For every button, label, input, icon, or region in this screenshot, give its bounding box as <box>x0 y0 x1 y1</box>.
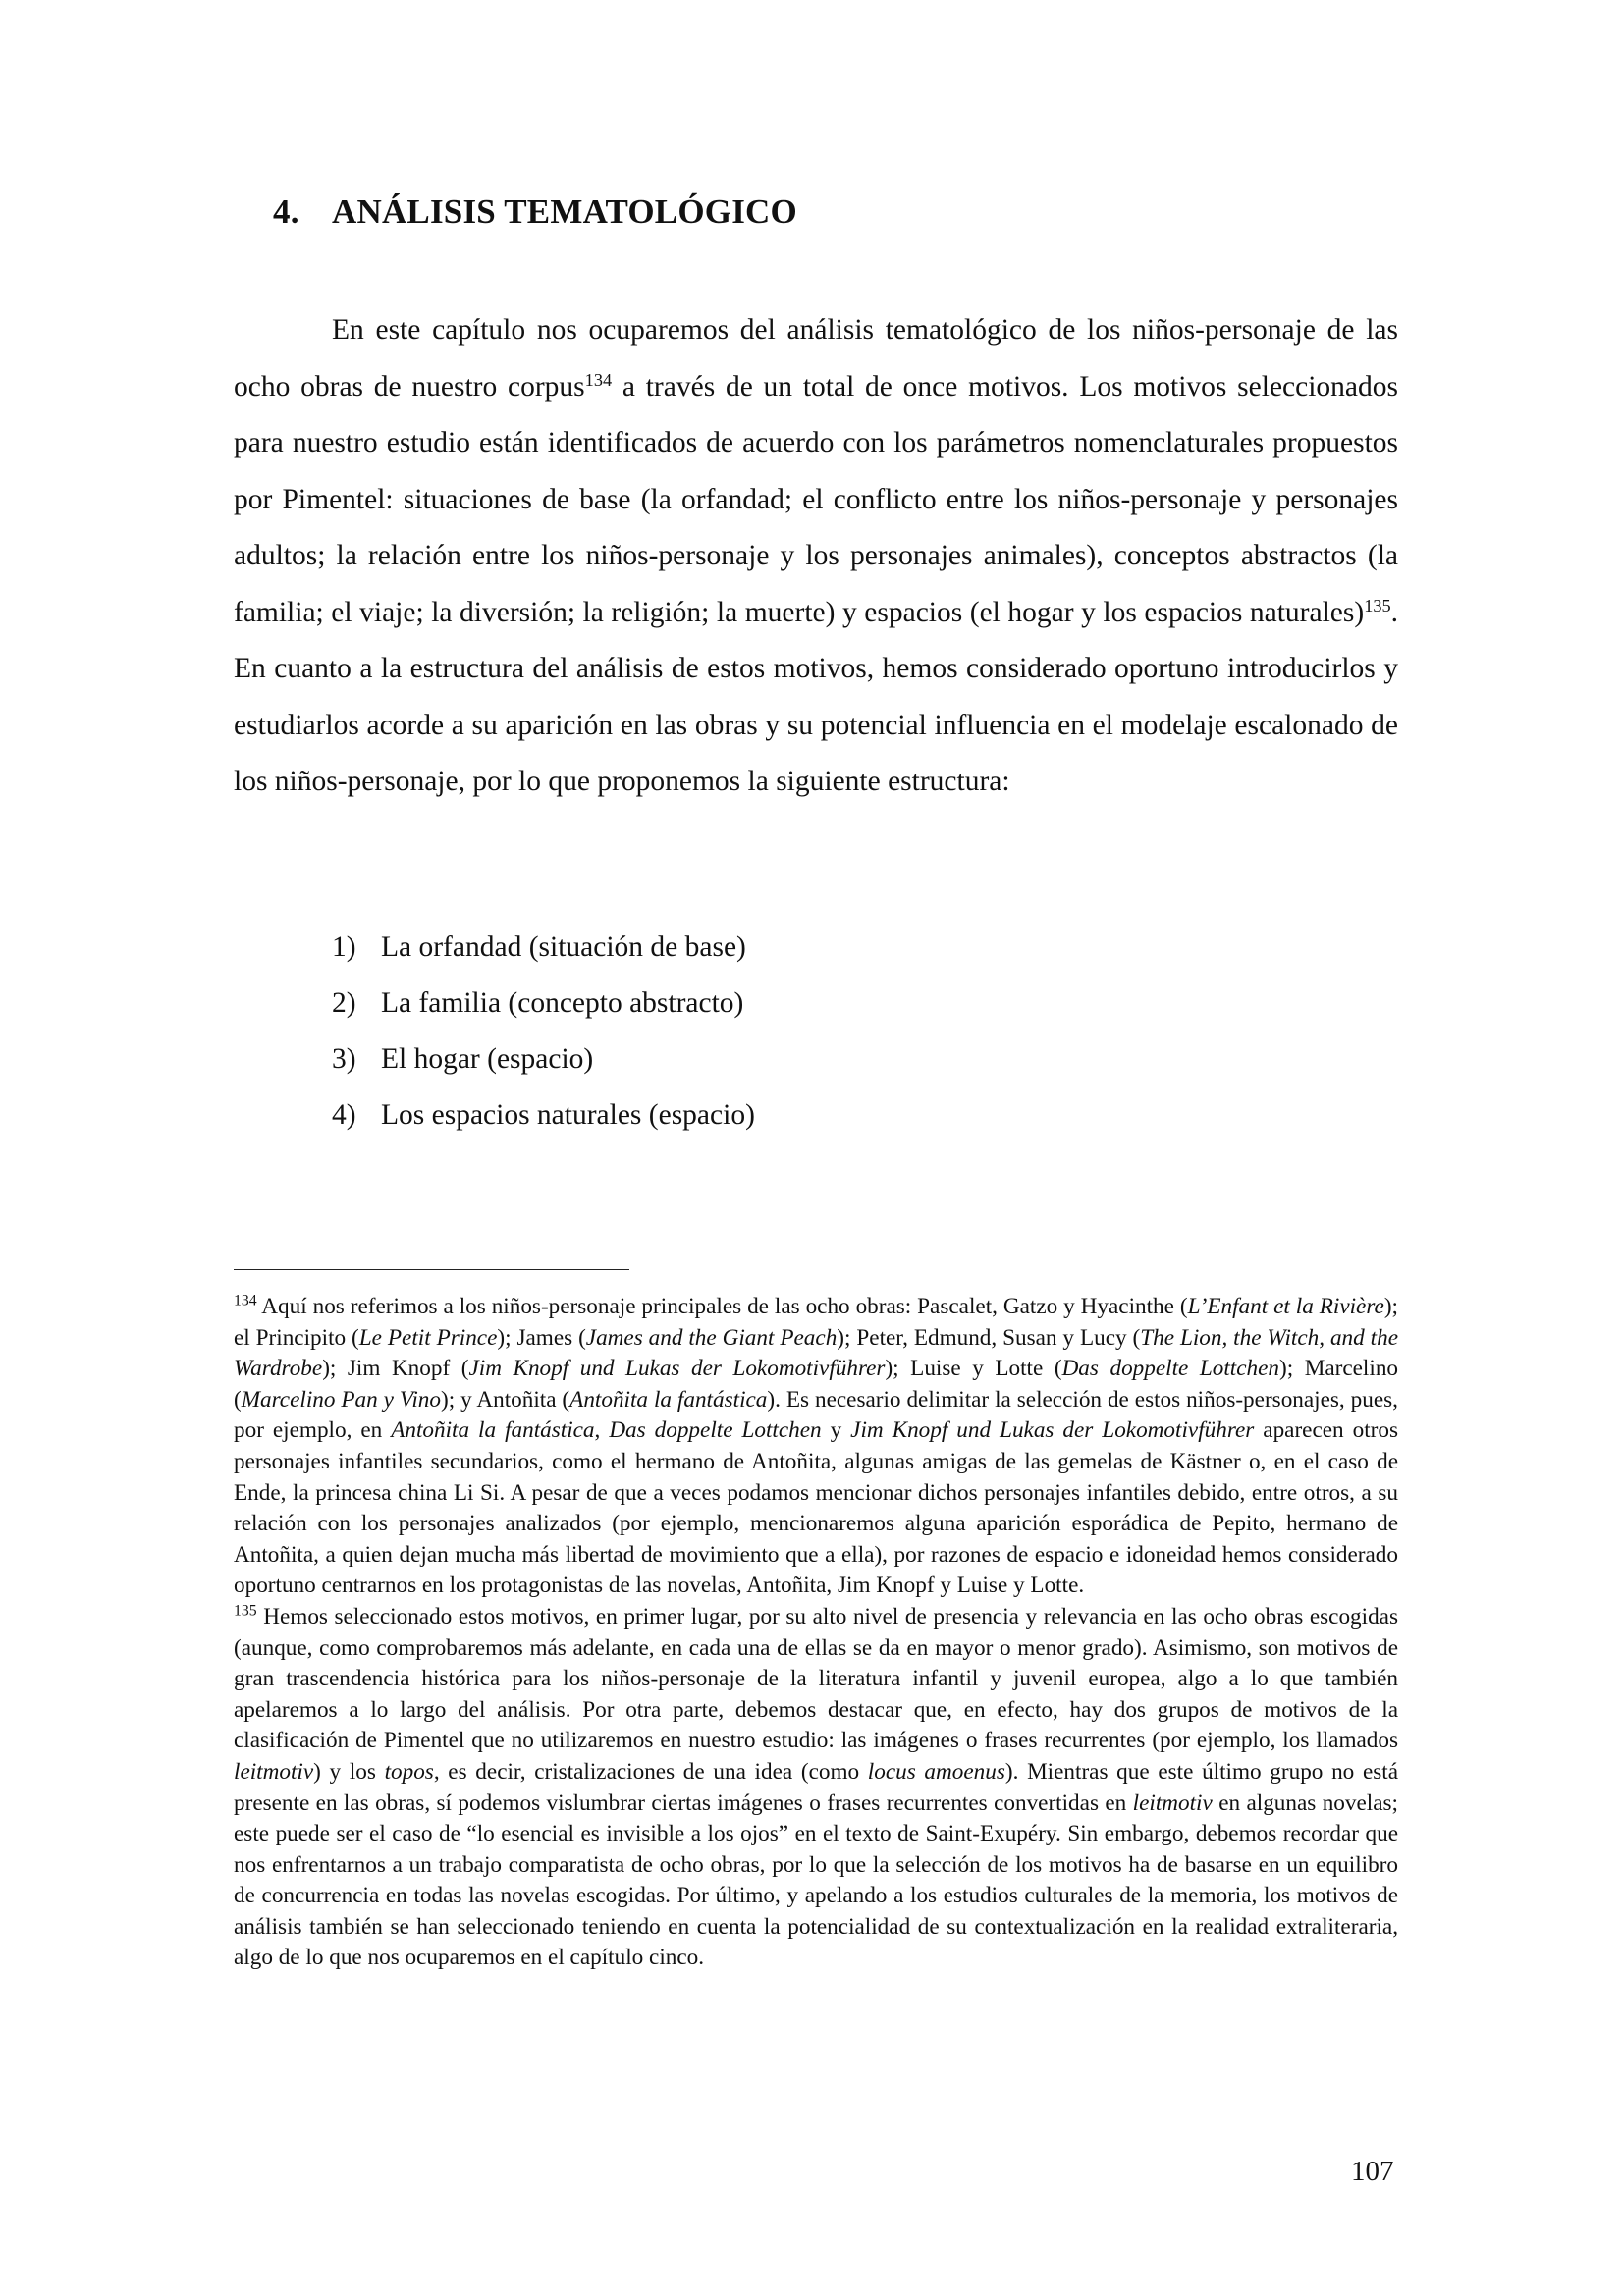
list-item-text: La familia (concepto abstracto) <box>381 976 743 1032</box>
footnote-segment: ); Jim Knopf ( <box>322 1356 468 1381</box>
list-item-text: El hogar (espacio) <box>381 1032 593 1088</box>
list-item: 1)La orfandad (situación de base) <box>332 920 755 976</box>
work-title: leitmotiv <box>1133 1790 1213 1816</box>
work-title: Jim Knopf und Lukas der Lokomotivführer <box>468 1356 885 1381</box>
list-item: 4)Los espacios naturales (espacio) <box>332 1088 755 1144</box>
chapter-heading: 4.ANÁLISIS TEMATOLÓGICO <box>273 192 797 232</box>
page-number: 107 <box>1351 2156 1394 2188</box>
list-item: 2)La familia (concepto abstracto) <box>332 976 755 1032</box>
footnote-134: 134 Aquí nos referimos a los niños-perso… <box>234 1292 1398 1602</box>
work-title: topos <box>385 1759 434 1785</box>
footnote-number: 135 <box>234 1602 257 1619</box>
footnote-text: Aquí nos referimos a los niños-personaje… <box>234 1294 1398 1598</box>
footnote-segment: , es decir, cristalizaciones de una idea… <box>434 1759 868 1785</box>
chapter-title: ANÁLISIS TEMATOLÓGICO <box>332 192 797 231</box>
list-item-text: Los espacios naturales (espacio) <box>381 1088 755 1144</box>
list-index: 4) <box>332 1088 381 1144</box>
intro-paragraph: En este capítulo nos ocuparemos del anál… <box>234 302 1398 811</box>
footnote-separator <box>234 1269 629 1270</box>
footnote-ref-135[interactable]: 135 <box>1364 595 1390 614</box>
work-title: James and the Giant Peach <box>586 1325 838 1351</box>
motif-structure-list: 1)La orfandad (situación de base) 2)La f… <box>332 920 755 1144</box>
footnote-segment: ); Luise y Lotte ( <box>885 1356 1061 1381</box>
footnote-segment: ); y Antoñita ( <box>441 1387 569 1413</box>
work-title: locus amoenus <box>868 1759 1005 1785</box>
list-index: 3) <box>332 1032 381 1088</box>
footnote-number: 134 <box>234 1292 257 1308</box>
chapter-number: 4. <box>273 192 332 232</box>
footnote-segment: Aquí nos referimos a los niños-personaje… <box>257 1294 1188 1319</box>
footnote-segment: ) y los <box>313 1759 384 1785</box>
list-item: 3)El hogar (espacio) <box>332 1032 755 1088</box>
work-title: Das doppelte Lottchen <box>1062 1356 1279 1381</box>
work-title: Marcelino Pan y Vino <box>242 1387 441 1413</box>
footnote-segment: ); James ( <box>497 1325 585 1351</box>
work-title: Antoñita la fantástica <box>391 1417 594 1443</box>
work-title: Antoñita la fantástica <box>569 1387 767 1413</box>
list-index: 1) <box>332 920 381 976</box>
footnote-text: Hemos seleccionado estos motivos, en pri… <box>234 1604 1398 1971</box>
work-title: L’Enfant et la Rivière <box>1188 1294 1384 1319</box>
footnote-segment: en algunas novelas; este puede ser el ca… <box>234 1790 1398 1971</box>
list-item-text: La orfandad (situación de base) <box>381 920 746 976</box>
work-title: Le Petit Prince <box>359 1325 498 1351</box>
footnote-segment: , <box>595 1417 610 1443</box>
footnote-segment: y <box>822 1417 851 1443</box>
footnote-ref-134[interactable]: 134 <box>585 369 612 389</box>
footnote-segment: aparecen otros personajes infantiles sec… <box>234 1417 1398 1598</box>
work-title: Das doppelte Lottchen <box>609 1417 821 1443</box>
footnote-segment: ); Peter, Edmund, Susan y Lucy ( <box>837 1325 1140 1351</box>
footnote-segment: Hemos seleccionado estos motivos, en pri… <box>234 1604 1398 1753</box>
work-title: leitmotiv <box>234 1759 313 1785</box>
work-title: Jim Knopf und Lukas der Lokomotivführer <box>850 1417 1254 1443</box>
footnotes: 134 Aquí nos referimos a los niños-perso… <box>234 1292 1398 1974</box>
footnote-135: 135 Hemos seleccionado estos motivos, en… <box>234 1602 1398 1974</box>
paragraph-text: a través de un total de once motivos. Lo… <box>234 371 1398 628</box>
list-index: 2) <box>332 976 381 1032</box>
